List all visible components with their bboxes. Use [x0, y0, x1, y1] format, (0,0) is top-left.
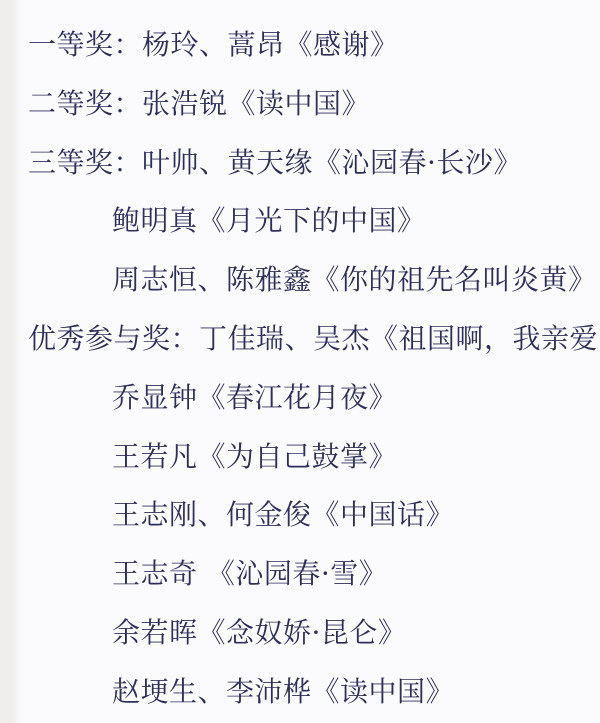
award-line: 乔显钟《春江花月夜》 — [0, 369, 600, 428]
award-line: 王志刚、何金俊《中国话》 — [0, 486, 600, 545]
award-line: 鲍明真《月光下的中国》 — [0, 192, 600, 251]
award-line: 周志恒、陈雅鑫《你的祖先名叫炎黄》 — [0, 251, 600, 310]
awards-list: 一等奖：杨玲、蒿昂《感谢》二等奖：张浩锐《读中国》三等奖：叶帅、黄天缘《沁园春·… — [0, 0, 600, 722]
award-line: 优秀参与奖：丁佳瑞、吴杰《祖国啊，我亲爱的祖国) — [0, 310, 600, 369]
award-line: 王志奇 《沁园春·雪》 — [0, 545, 600, 604]
award-line: 一等奖：杨玲、蒿昂《感谢》 — [0, 16, 600, 75]
award-line: 王若凡《为自己鼓掌》 — [0, 428, 600, 487]
award-line: 三等奖：叶帅、黄天缘《沁园春·长沙》 — [0, 134, 600, 193]
award-line: 二等奖：张浩锐《读中国》 — [0, 75, 600, 134]
award-line: 赵埂生、李沛桦《读中国》 — [0, 663, 600, 722]
award-line: 余若晖《念奴娇·昆仑》 — [0, 604, 600, 663]
